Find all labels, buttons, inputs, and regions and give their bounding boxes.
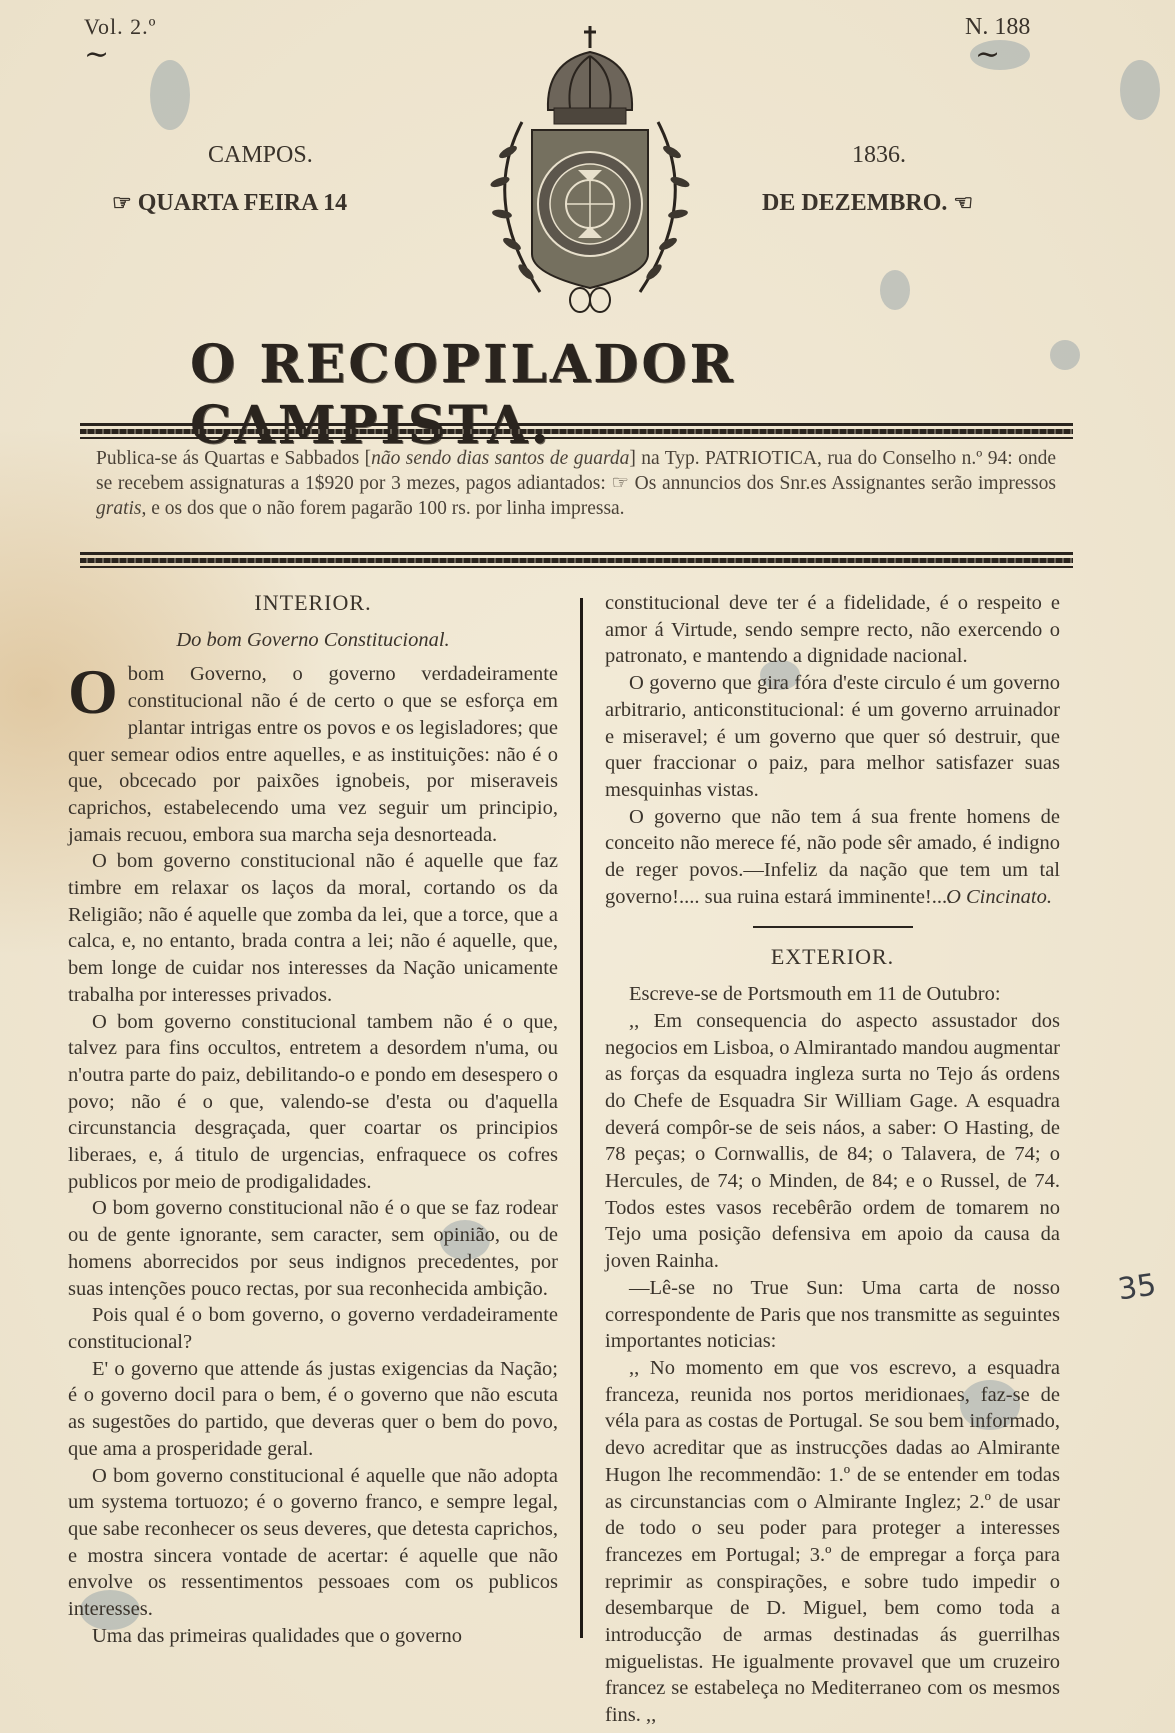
article-paragraph: Obom Governo, o governo verdadeiramente …: [68, 661, 558, 848]
stain: [880, 270, 910, 310]
column-left: INTERIOR. Do bom Governo Constitucional.…: [68, 590, 558, 1649]
drop-cap: O: [68, 667, 118, 717]
swash-ornament-left: ∼: [84, 40, 109, 70]
article-paragraph: O bom governo constitucional é aquelle q…: [68, 1463, 558, 1623]
stain: [150, 60, 190, 130]
notice-rule: [80, 552, 1073, 568]
coat-of-arms-icon: [460, 22, 720, 322]
column-right: constitucional deve ter é a fidelidade, …: [605, 590, 1060, 1729]
masthead-rule: [80, 423, 1073, 439]
stain: [1050, 340, 1080, 370]
article-paragraph: O bom governo constitucional tambem não …: [68, 1009, 558, 1196]
article-paragraph: O governo que gira fóra d'este circulo é…: [605, 670, 1060, 804]
date-weekday: ☞ QUARTA FEIRA 14: [112, 190, 347, 217]
article-title: Do bom Governo Constitucional.: [68, 627, 558, 654]
article-paragraph: ,, No momento em que vos escrevo, a esqu…: [605, 1355, 1060, 1729]
section-heading-interior: INTERIOR.: [68, 590, 558, 617]
article-paragraph: O bom governo constitucional não é aquel…: [68, 848, 558, 1008]
column-divider: [580, 598, 583, 1638]
section-separator: [753, 926, 913, 928]
article-paragraph: E' o governo que attende ás justas exige…: [68, 1356, 558, 1463]
section-heading-exterior: EXTERIOR.: [605, 944, 1060, 971]
swash-ornament-right: ∼: [975, 40, 1000, 70]
article-paragraph: constitucional deve ter é a fidelidade, …: [605, 590, 1060, 670]
year-label: 1836.: [852, 142, 906, 169]
article-paragraph: —Lê-se no True Sun: Uma carta de nosso c…: [605, 1275, 1060, 1355]
article-paragraph: Pois qual é o bom governo, o governo ver…: [68, 1302, 558, 1355]
article-paragraph: ,, Em consequencia do aspecto assustador…: [605, 1008, 1060, 1275]
article-paragraph: Uma das primeiras qualidades que o gover…: [68, 1623, 558, 1650]
article-paragraph: O bom governo constitucional não é o que…: [68, 1195, 558, 1302]
pointing-hand-icon: ☜: [953, 190, 973, 215]
handwritten-page-number: 35: [1116, 1268, 1159, 1308]
issue-number: N. 188: [965, 14, 1030, 41]
publication-notice: Publica-se ás Quartas e Sabbados [não se…: [96, 446, 1056, 521]
newspaper-page: Vol. 2.º ∼ N. 188 ∼ CAMPOS. 1836. ☞ QUAR…: [0, 0, 1175, 1733]
month-text: DE DEZEMBRO.: [762, 190, 947, 216]
date-month: DE DEZEMBRO. ☜: [762, 190, 973, 217]
pointing-hand-icon: ☞: [112, 190, 132, 215]
weekday-text: QUARTA FEIRA 14: [138, 190, 347, 216]
volume-label: Vol. 2.º: [84, 14, 157, 40]
article-paragraph: Escreve-se de Portsmouth em 11 de Outubr…: [605, 981, 1060, 1008]
stain: [1120, 60, 1160, 120]
place-label: CAMPOS.: [208, 142, 313, 169]
